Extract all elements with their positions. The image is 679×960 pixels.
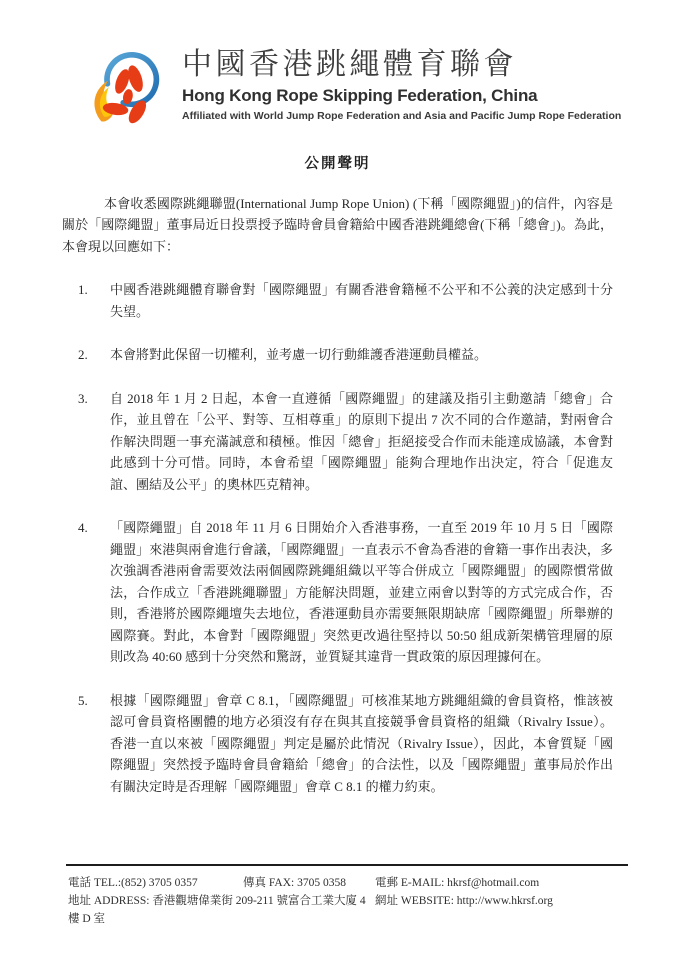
footer-row-2: 地址 ADDRESS: 香港觀塘偉業街 209-211 號富合工業大廈 4 樓 … (68, 892, 679, 928)
footer-tel: 電話 TEL.:(852) 3705 0357 (68, 874, 243, 892)
item-text: 「國際繩盟」自 2018 年 11 月 6 日開始介入香港事務，一直至 2019… (110, 517, 613, 668)
org-title-chinese: 中國香港跳繩體育聯會 (182, 48, 621, 82)
contact-footer: 電話 TEL.:(852) 3705 0357 傳真 FAX: 3705 035… (0, 864, 679, 928)
letterhead-text: 中國香港跳繩體育聯會 Hong Kong Rope Skipping Feder… (182, 46, 621, 122)
item-text: 自 2018 年 1 月 2 日起，本會一直遵循「國際繩盟」的建議及指引主動邀請… (110, 388, 613, 496)
item-text: 本會將對此保留一切權利，並考慮一切行動維護香港運動員權益。 (110, 344, 613, 366)
statement-body: 公開聲明 本會收悉國際跳繩聯盟(International Jump Rope … (62, 150, 613, 797)
statement-heading: 公開聲明 (62, 154, 613, 176)
statement-item-4: 4. 「國際繩盟」自 2018 年 11 月 6 日開始介入香港事務，一直至 2… (62, 517, 613, 668)
statement-item-1: 1. 中國香港跳繩體育聯會對「國際繩盟」有關香港會籍極不公平和不公義的決定感到十… (62, 279, 613, 322)
intro-paragraph: 本會收悉國際跳繩聯盟(International Jump Rope Union… (62, 193, 613, 258)
footer-email: 電郵 E-MAIL: hkrsf@hotmail.com (375, 874, 679, 892)
footer-address: 地址 ADDRESS: 香港觀塘偉業街 209-211 號富合工業大廈 4 樓 … (68, 892, 375, 928)
letterhead: 中國香港跳繩體育聯會 Hong Kong Rope Skipping Feder… (88, 46, 621, 134)
footer-divider (66, 864, 628, 866)
federation-logo-icon (88, 46, 164, 134)
item-text: 根據「國際繩盟」會章 C 8.1，「國際繩盟」可核准某地方跳繩組織的會員資格，惟… (110, 690, 613, 798)
org-title-english: Hong Kong Rope Skipping Federation, Chin… (182, 86, 621, 106)
statement-item-3: 3. 自 2018 年 1 月 2 日起，本會一直遵循「國際繩盟」的建議及指引主… (62, 388, 613, 496)
footer-fax: 傳真 FAX: 3705 0358 (243, 874, 375, 892)
footer-row-1: 電話 TEL.:(852) 3705 0357 傳真 FAX: 3705 035… (68, 874, 679, 892)
item-number: 2. (78, 344, 110, 366)
item-number: 1. (78, 279, 110, 322)
footer-website: 網址 WEBSITE: http://www.hkrsf.org (375, 892, 679, 928)
item-number: 3. (78, 388, 110, 496)
affiliation-line: Affiliated with World Jump Rope Federati… (182, 110, 621, 122)
item-text: 中國香港跳繩體育聯會對「國際繩盟」有關香港會籍極不公平和不公義的決定感到十分失望… (110, 279, 613, 322)
document-page: 中國香港跳繩體育聯會 Hong Kong Rope Skipping Feder… (0, 0, 679, 960)
item-number: 4. (78, 517, 110, 668)
statement-item-5: 5. 根據「國際繩盟」會章 C 8.1，「國際繩盟」可核准某地方跳繩組織的會員資… (62, 690, 613, 798)
statement-item-2: 2. 本會將對此保留一切權利，並考慮一切行動維護香港運動員權益。 (62, 344, 613, 366)
item-number: 5. (78, 690, 110, 798)
